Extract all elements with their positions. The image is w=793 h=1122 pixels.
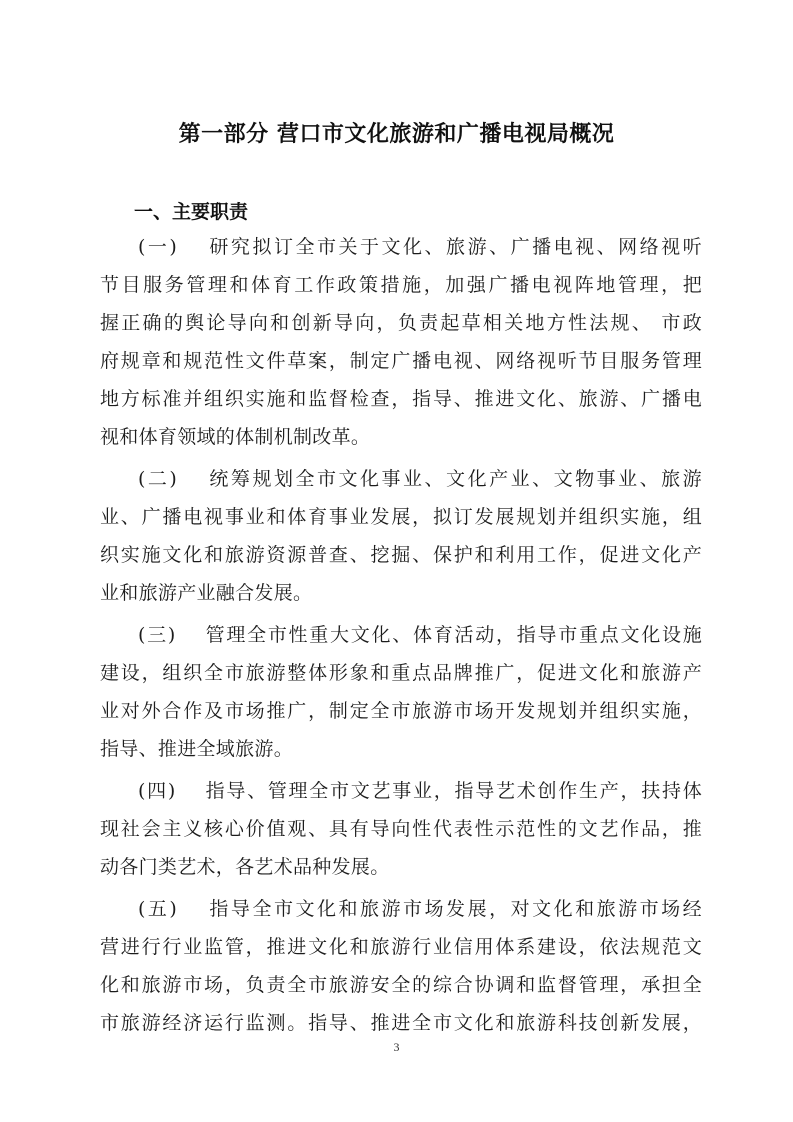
text-line: (四) 指导、管理全市文艺事业，指导艺术创作生产，扶持体 bbox=[100, 772, 702, 810]
paragraph-4: (四) 指导、管理全市文艺事业，指导艺术创作生产，扶持体 现社会主义核心价值观、… bbox=[100, 772, 702, 886]
paragraph-5: (五) 指导全市文化和旅游市场发展，对文化和旅游市场经 营进行行业监管，推进文化… bbox=[100, 890, 702, 1042]
text-line: 动各门类艺术，各艺术品种发展。 bbox=[100, 848, 702, 886]
document-page: 第一部分 营口市文化旅游和广播电视局概况 一、主要职责 (一) 研究拟订全市关于… bbox=[0, 0, 793, 1122]
text-line: (一) 研究拟订全市关于文化、旅游、广播电视、网络视听 bbox=[100, 228, 702, 266]
text-line: 地方标准并组织实施和监督检查，指导、推进文化、旅游、广播电 bbox=[100, 380, 702, 418]
text-line: 节目服务管理和体育工作政策措施，加强广播电视阵地管理，把 bbox=[100, 266, 702, 304]
text-line: 府规章和规范性文件草案，制定广播电视、网络视听节目服务管理 bbox=[100, 342, 702, 380]
text-line: (三) 管理全市性重大文化、体育活动，指导市重点文化设施 bbox=[100, 616, 702, 654]
text-line: 业、广播电视事业和体育事业发展，拟订发展规划并组织实施，组 bbox=[100, 498, 702, 536]
text-line: 握正确的舆论导向和创新导向，负责起草相关地方性法规、 市政 bbox=[100, 304, 702, 342]
document-body: (一) 研究拟订全市关于文化、旅游、广播电视、网络视听 节目服务管理和体育工作政… bbox=[100, 228, 702, 1042]
paragraph-2: (二) 统筹规划全市文化事业、文化产业、文物事业、旅游 业、广播电视事业和体育事… bbox=[100, 460, 702, 612]
text-line: 织实施文化和旅游资源普查、挖掘、保护和利用工作，促进文化产 bbox=[100, 536, 702, 574]
text-line: 业对外合作及市场推广，制定全市旅游市场开发规划并组织实施， bbox=[100, 692, 702, 730]
text-line: 视和体育领域的体制机制改革。 bbox=[100, 418, 702, 456]
text-line: 现社会主义核心价值观、具有导向性代表性示范性的文艺作品，推 bbox=[100, 810, 702, 848]
text-line: (二) 统筹规划全市文化事业、文化产业、文物事业、旅游 bbox=[100, 460, 702, 498]
text-line: 化和旅游市场，负责全市旅游安全的综合协调和监督管理，承担全 bbox=[100, 966, 702, 1004]
text-line: 建设，组织全市旅游整体形象和重点品牌推广，促进文化和旅游产 bbox=[100, 654, 702, 692]
text-line: (五) 指导全市文化和旅游市场发展，对文化和旅游市场经 bbox=[100, 890, 702, 928]
page-title: 第一部分 营口市文化旅游和广播电视局概况 bbox=[0, 117, 793, 148]
text-line: 业和旅游产业融合发展。 bbox=[100, 574, 702, 612]
page-number: 3 bbox=[0, 1040, 793, 1055]
text-line: 指导、推进全域旅游。 bbox=[100, 730, 702, 768]
section-heading: 一、主要职责 bbox=[134, 197, 248, 224]
text-line: 营进行行业监管，推进文化和旅游行业信用体系建设，依法规范文 bbox=[100, 928, 702, 966]
paragraph-1: (一) 研究拟订全市关于文化、旅游、广播电视、网络视听 节目服务管理和体育工作政… bbox=[100, 228, 702, 456]
text-line: 市旅游经济运行监测。指导、推进全市文化和旅游科技创新发展， bbox=[100, 1004, 702, 1042]
paragraph-3: (三) 管理全市性重大文化、体育活动，指导市重点文化设施 建设，组织全市旅游整体… bbox=[100, 616, 702, 768]
